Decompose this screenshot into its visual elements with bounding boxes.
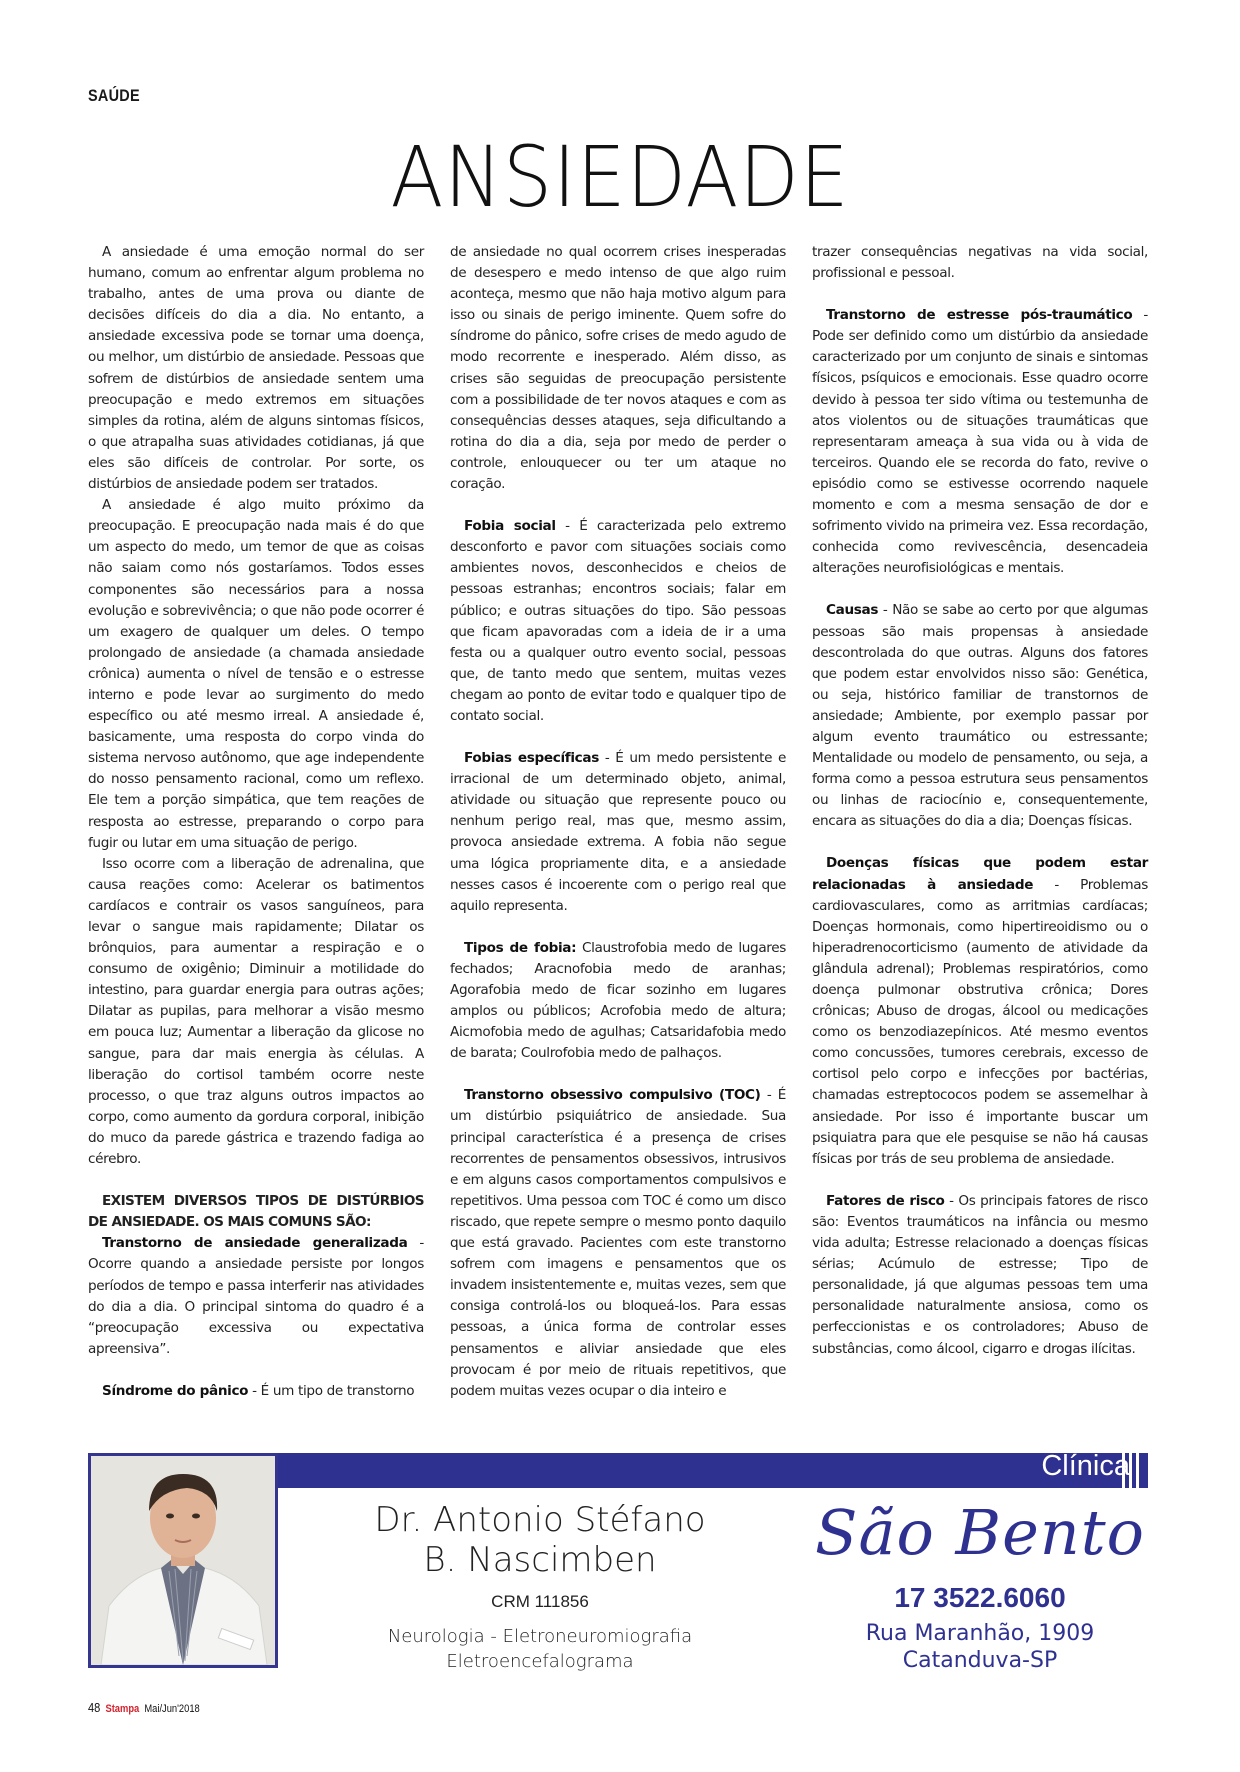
panic-continuation: de ansiedade no qual ocorrem crises ines…	[450, 242, 786, 495]
section-fobias-especificas: Fobias específicas - É um medo persisten…	[450, 748, 786, 917]
article-column-3: trazer consequências negativas na vida s…	[812, 242, 1148, 1360]
section-label: SAÚDE	[88, 86, 140, 106]
decorative-bar	[1129, 1453, 1132, 1488]
doctor-name: Dr. Antonio Stéfano B. Nascimben	[330, 1500, 750, 1580]
section-panico: Síndrome do pânico - É um tipo de transt…	[88, 1381, 424, 1402]
page-number: 48	[88, 1700, 100, 1715]
section-tag-generalizada: Transtorno de ansiedade generalizada - O…	[88, 1233, 424, 1360]
section-text: - É um medo persistente e irracional de …	[450, 750, 786, 914]
section-title: Causas	[826, 602, 878, 618]
doctor-specialties: Neurologia - Eletroneuromiografia Eletro…	[330, 1624, 750, 1674]
decorative-bar	[1136, 1453, 1139, 1488]
article-column-2: de ansiedade no qual ocorrem crises ines…	[450, 242, 786, 1402]
section-doencas-fisicas: Doenças físicas que podem estar relacion…	[812, 853, 1148, 1169]
section-ptsd: Transtorno de estresse pós-traumático - …	[812, 305, 1148, 579]
clinic-phone: 17 3522.6060	[800, 1582, 1160, 1614]
article-column-1: A ansiedade é uma emoção normal do ser h…	[88, 242, 424, 1402]
section-text: - Não se sabe ao certo por que algumas p…	[812, 602, 1148, 829]
section-text: - É um distúrbio psiquiátrico de ansieda…	[450, 1087, 786, 1398]
section-text: - Ocorre quando a ansiedade persiste por…	[88, 1235, 424, 1356]
specialties-line-2: Eletroencefalograma	[330, 1649, 750, 1674]
section-fobia-social: Fobia social - É caracterizada pelo extr…	[450, 516, 786, 727]
section-fatores-risco: Fatores de risco - Os principais fatores…	[812, 1191, 1148, 1360]
doctor-name-line-1: Dr. Antonio Stéfano	[330, 1500, 750, 1540]
address-line-2: Catanduva-SP	[800, 1647, 1160, 1674]
doctor-portrait-icon	[91, 1456, 275, 1665]
intro-paragraph: A ansiedade é uma emoção normal do ser h…	[88, 242, 424, 495]
clinic-header-bar	[278, 1453, 1148, 1488]
section-tipos-fobia: Tipos de fobia: Claustrofobia medo de lu…	[450, 938, 786, 1065]
section-title: Transtorno de ansiedade generalizada	[102, 1235, 407, 1251]
section-toc: Transtorno obsessivo compulsivo (TOC) - …	[450, 1085, 786, 1401]
clinic-name-logo: São Bento	[800, 1496, 1160, 1569]
specialties-line-1: Neurologia - Eletroneuromiografia	[330, 1624, 750, 1649]
section-text: - Problemas cardiovasculares, como as ar…	[812, 877, 1148, 1167]
section-title: Transtorno de estresse pós-traumático	[826, 307, 1132, 323]
section-text: - É caracterizada pelo extremo desconfor…	[450, 518, 786, 724]
section-title: Fobia social	[464, 518, 556, 534]
decorative-bar	[1122, 1453, 1125, 1488]
doctor-photo	[88, 1453, 278, 1668]
types-heading: EXISTEM DIVERSOS TIPOS DE DISTÚRBIOS DE …	[88, 1191, 424, 1233]
magazine-name: Stampa	[105, 1703, 139, 1715]
paragraph-preocupacao: A ansiedade é algo muito próximo da preo…	[88, 495, 424, 854]
toc-continuation: trazer consequências negativas na vida s…	[812, 242, 1148, 284]
clinic-bars-decoration	[1122, 1453, 1139, 1488]
section-title: Tipos de fobia:	[464, 940, 576, 956]
article-title: ANSIEDADE	[50, 128, 1191, 226]
section-text: Claustrofobia medo de lugares fechados; …	[450, 940, 786, 1061]
section-title: Fobias específicas	[464, 750, 599, 766]
section-text: - É um tipo de transtorno	[248, 1383, 414, 1399]
clinic-address: Rua Maranhão, 1909 Catanduva-SP	[800, 1620, 1160, 1674]
section-title: Fatores de risco	[826, 1193, 945, 1209]
section-causas: Causas - Não se sabe ao certo por que al…	[812, 600, 1148, 832]
section-text: - Pode ser definido como um distúrbio da…	[812, 307, 1148, 576]
section-title: Síndrome do pânico	[102, 1383, 248, 1399]
paragraph-adrenalina: Isso ocorre com a liberação de adrenalin…	[88, 854, 424, 1170]
section-title: Transtorno obsessivo compulsivo (TOC)	[464, 1087, 761, 1103]
section-text: - Os principais fatores de risco são: Ev…	[812, 1193, 1148, 1357]
page-footer: 48 Stampa Mai/Jun'2018	[88, 1700, 200, 1715]
doctor-name-line-2: B. Nascimben	[330, 1540, 750, 1580]
clinic-label: Clínica	[1041, 1450, 1130, 1483]
doctor-crm: CRM 111856	[330, 1592, 750, 1612]
address-line-1: Rua Maranhão, 1909	[800, 1620, 1160, 1647]
magazine-issue: Mai/Jun'2018	[144, 1703, 199, 1715]
